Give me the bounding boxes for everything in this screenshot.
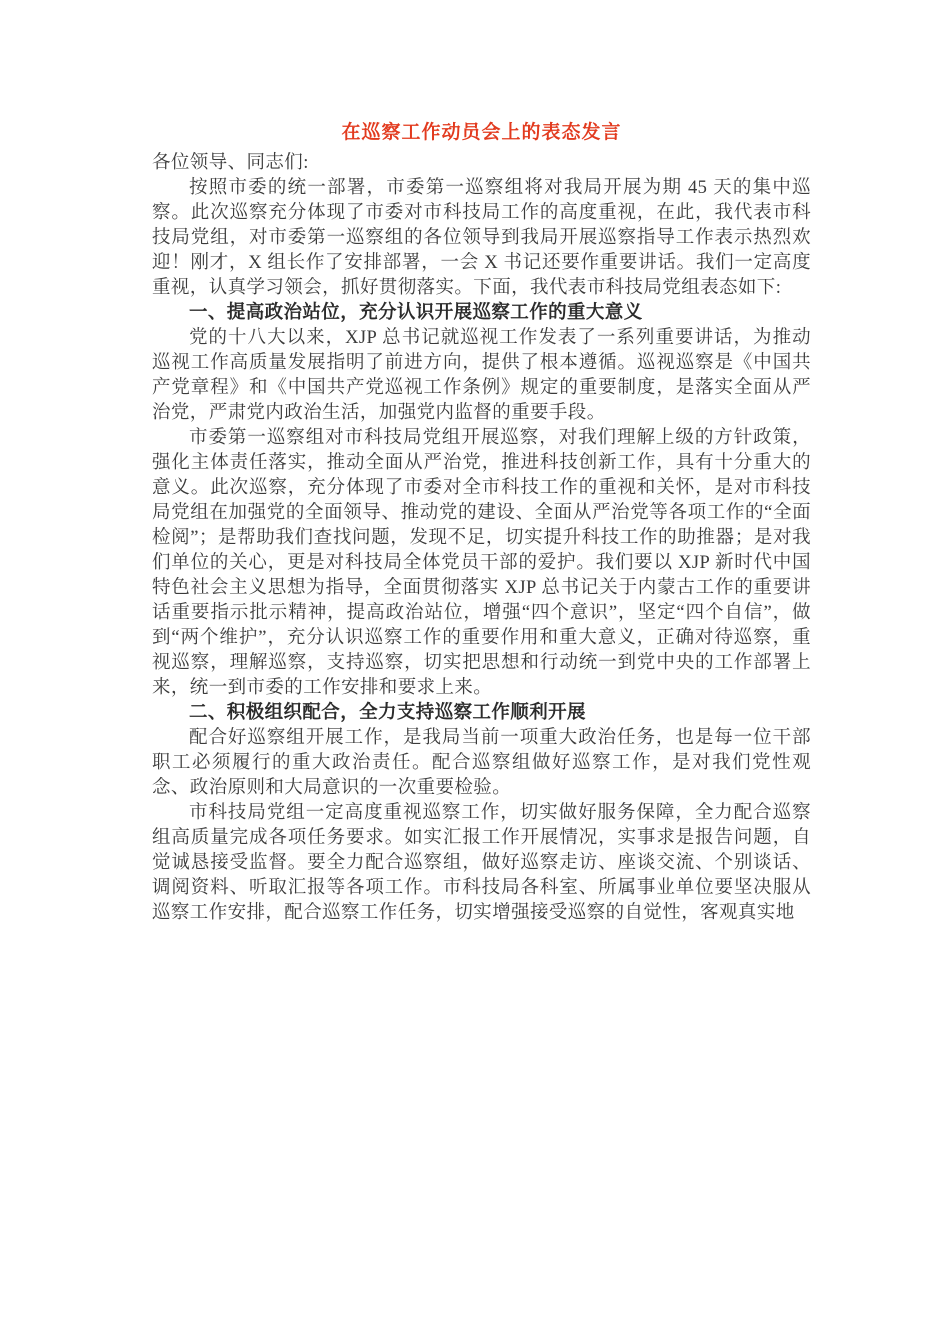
paragraph: 市科技局党组一定高度重视巡察工作，切实做好服务保障，全力配合巡察组高质量完成各项… xyxy=(152,801,811,926)
paragraph: 市委第一巡察组对市科技局党组开展巡察，对我们理解上级的方针政策，强化主体责任落实… xyxy=(152,426,811,701)
document-page: 在巡察工作动员会上的表态发言 各位领导、同志们:按照市委的统一部署，市委第一巡察… xyxy=(0,0,950,1344)
paragraph: 二、积极组织配合，全力支持巡察工作顺利开展 xyxy=(152,701,811,726)
document-body: 各位领导、同志们:按照市委的统一部署，市委第一巡察组将对我局开展为期 45 天的… xyxy=(152,151,811,926)
paragraph: 按照市委的统一部署，市委第一巡察组将对我局开展为期 45 天的集中巡察。此次巡察… xyxy=(152,176,811,301)
paragraph: 配合好巡察组开展工作，是我局当前一项重大政治任务，也是每一位干部职工必须履行的重… xyxy=(152,726,811,801)
document-title: 在巡察工作动员会上的表态发言 xyxy=(152,120,811,145)
paragraph: 一、提高政治站位，充分认识开展巡察工作的重大意义 xyxy=(152,301,811,326)
paragraph: 各位领导、同志们: xyxy=(152,151,811,176)
paragraph: 党的十八大以来，XJP 总书记就巡视工作发表了一系列重要讲话，为推动巡视工作高质… xyxy=(152,326,811,426)
